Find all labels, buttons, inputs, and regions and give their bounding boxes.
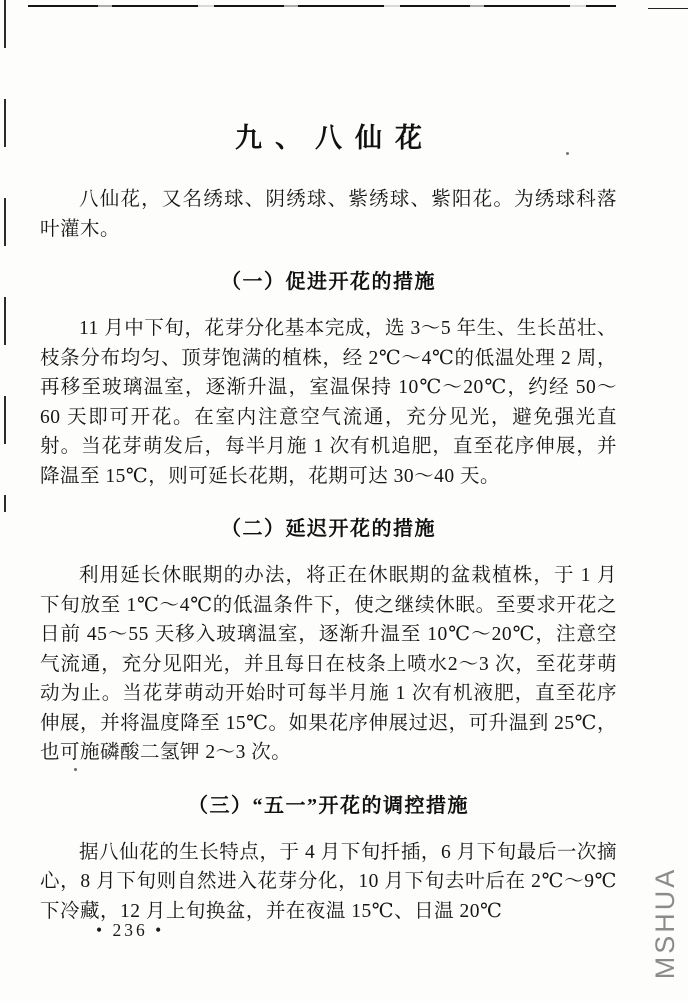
section-heading-delay-flowering: （二）延迟开花的措施: [40, 512, 617, 541]
scan-artifact-left-edge: [4, 0, 6, 512]
intro-paragraph: 八仙花，又名绣球、阴绣球、紫绣球、紫阳花。为绣球科落叶灌木。: [40, 185, 617, 244]
chapter-title: 九、八仙花: [40, 116, 617, 155]
scan-artifact-top-line-right: [648, 8, 688, 9]
section-body-promote-flowering: 11 月中下旬，花芽分化基本完成，选 3～5 年生、生长茁壮、枝条分布均匀、顶芽…: [40, 314, 617, 491]
section-heading-promote-flowering: （一）促进开花的措施: [40, 265, 617, 294]
scan-artifact-top-line: [28, 5, 616, 7]
page-number: • 236 •: [96, 920, 164, 941]
section-body-mayday-control: 据八仙花的生长特点，于 4 月下旬扦插，6 月下旬最后一次摘心，8 月下旬则自然…: [40, 838, 617, 927]
section-body-delay-flowering: 利用延长休眠期的办法，将正在休眠期的盆栽植株，于 1 月下旬放至 1℃～4℃的低…: [40, 561, 617, 768]
page-content: 九、八仙花 八仙花，又名绣球、阴绣球、紫绣球、紫阳花。为绣球科落叶灌木。 （一）…: [40, 116, 617, 926]
book-page: 九、八仙花 八仙花，又名绣球、阴绣球、紫绣球、紫阳花。为绣球科落叶灌木。 （一）…: [0, 0, 688, 1001]
section-heading-mayday-control: （三）“五一”开花的调控措施: [40, 789, 617, 818]
watermark-text: MSHUA: [647, 848, 683, 998]
